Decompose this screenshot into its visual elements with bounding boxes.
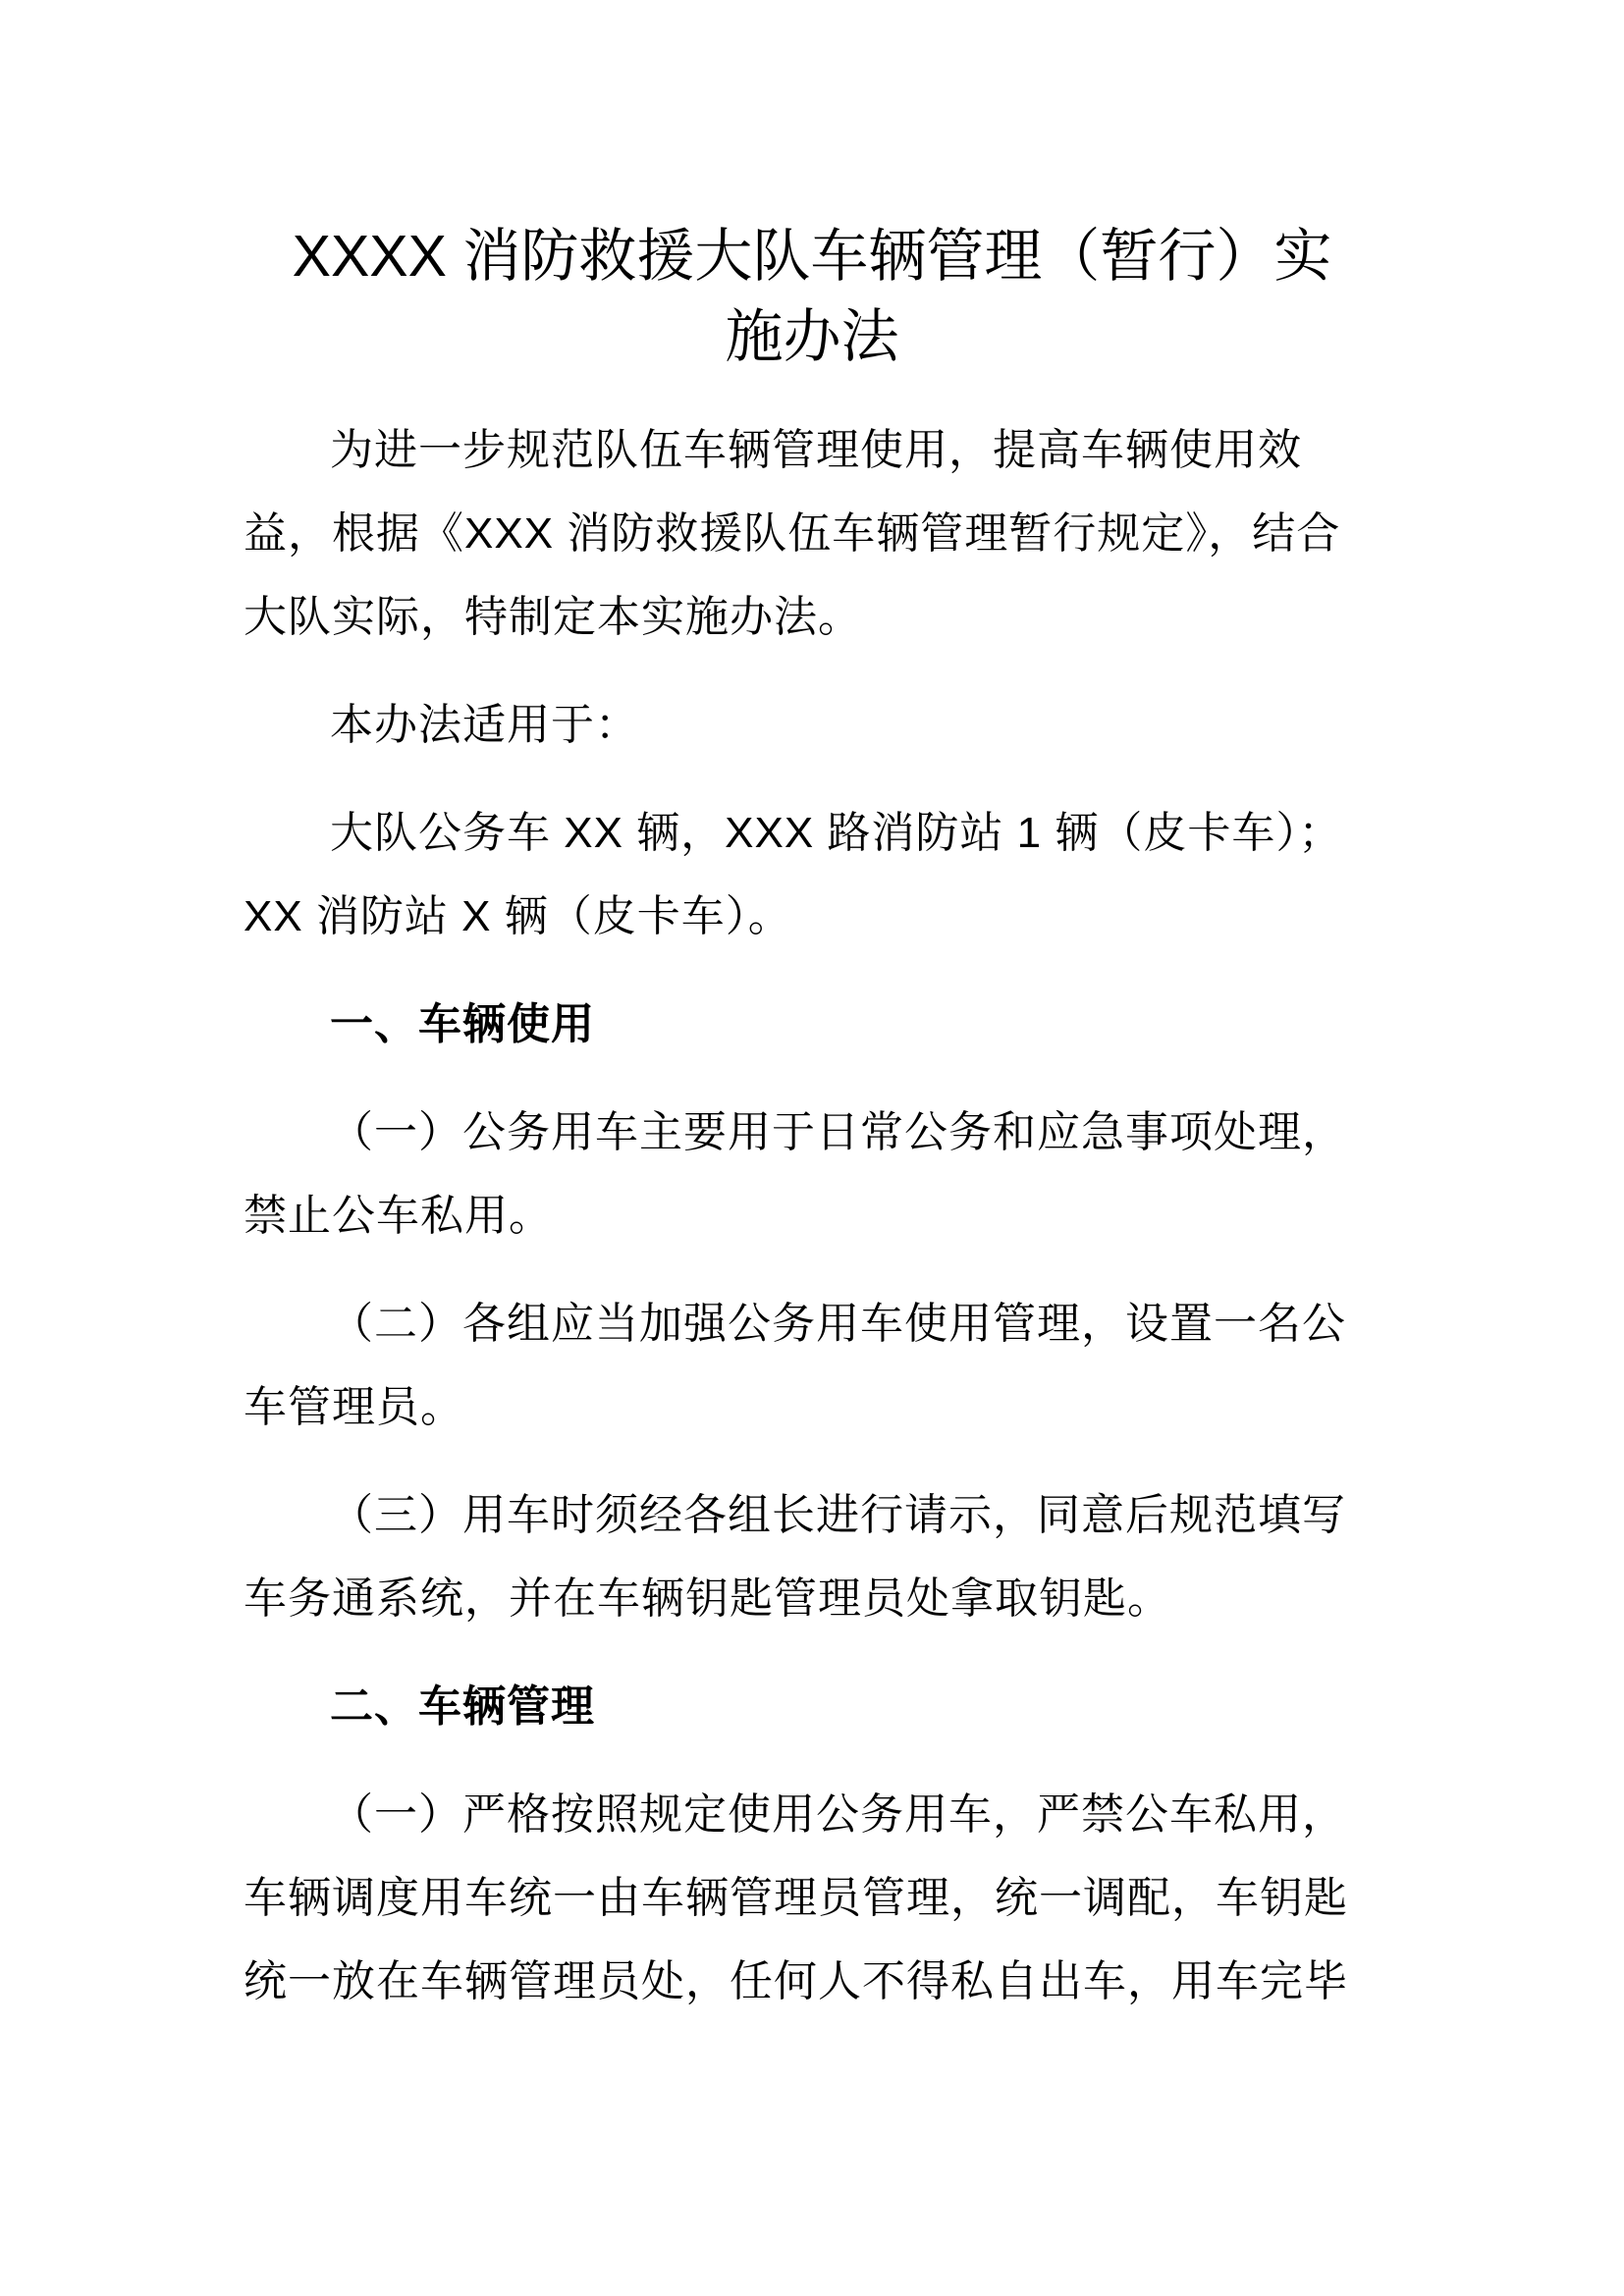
paragraph-line: 益，根据《XXX 消防救援队伍车辆管理暂行规定》，结合 xyxy=(244,492,1380,575)
paragraph-scope-label: 本办法适用于： xyxy=(244,683,1380,767)
document-title-line: XXXX 消防救援大队车辆管理（暂行）实 xyxy=(244,216,1380,296)
section-heading-vehicle-use: 一、车辆使用 xyxy=(244,983,1380,1066)
paragraph-line: （三）用车时须经各组长进行请示，同意后规范填写 xyxy=(244,1473,1380,1557)
paragraph-line: （一）公务用车主要用于日常公务和应急事项处理， xyxy=(244,1091,1380,1174)
section-heading-line: 一、车辆使用 xyxy=(244,983,1380,1066)
paragraph-line: （二）各组应当加强公务用车使用管理，设置一名公 xyxy=(244,1282,1380,1365)
section-heading-line: 二、车辆管理 xyxy=(244,1665,1380,1748)
paragraph-line: 本办法适用于： xyxy=(244,683,1380,767)
paragraph-line: 车务通系统，并在车辆钥匙管理员处拿取钥匙。 xyxy=(244,1557,1380,1640)
paragraph-line: 统一放在车辆管理员处，任何人不得私自出车，用车完毕 xyxy=(244,1940,1380,2023)
paragraph-line: 禁止公车私用。 xyxy=(244,1174,1380,1257)
paragraph-use-item-2: （二）各组应当加强公务用车使用管理，设置一名公 车管理员。 xyxy=(244,1282,1380,1449)
document-page: XXXX 消防救援大队车辆管理（暂行）实 施办法 为进一步规范队伍车辆管理使用，… xyxy=(0,0,1624,2296)
paragraph-use-item-1: （一）公务用车主要用于日常公务和应急事项处理， 禁止公车私用。 xyxy=(244,1091,1380,1257)
paragraph-line: （一）严格按照规定使用公务用车，严禁公车私用， xyxy=(244,1773,1380,1856)
paragraph-management-item-1: （一）严格按照规定使用公务用车，严禁公车私用， 车辆调度用车统一由车辆管理员管理… xyxy=(244,1773,1380,2023)
paragraph-scope-detail: 大队公务车 XX 辆，XXX 路消防站 1 辆（皮卡车）； XX 消防站 X 辆… xyxy=(244,791,1380,958)
document-title: XXXX 消防救援大队车辆管理（暂行）实 施办法 xyxy=(244,216,1380,377)
paragraph-line: XX 消防站 X 辆（皮卡车）。 xyxy=(244,875,1380,958)
paragraph-line: 车辆调度用车统一由车辆管理员管理，统一调配，车钥匙 xyxy=(244,1856,1380,1940)
document-title-line: 施办法 xyxy=(244,296,1380,377)
section-heading-vehicle-management: 二、车辆管理 xyxy=(244,1665,1380,1748)
paragraph-use-item-3: （三）用车时须经各组长进行请示，同意后规范填写 车务通系统，并在车辆钥匙管理员处… xyxy=(244,1473,1380,1640)
paragraph-line: 车管理员。 xyxy=(244,1365,1380,1449)
paragraph-line: 大队实际，特制定本实施办法。 xyxy=(244,575,1380,659)
paragraph-line: 为进一步规范队伍车辆管理使用，提高车辆使用效 xyxy=(244,408,1380,492)
paragraph-line: 大队公务车 XX 辆，XXX 路消防站 1 辆（皮卡车）； xyxy=(244,791,1380,875)
paragraph-intro: 为进一步规范队伍车辆管理使用，提高车辆使用效 益，根据《XXX 消防救援队伍车辆… xyxy=(244,408,1380,659)
